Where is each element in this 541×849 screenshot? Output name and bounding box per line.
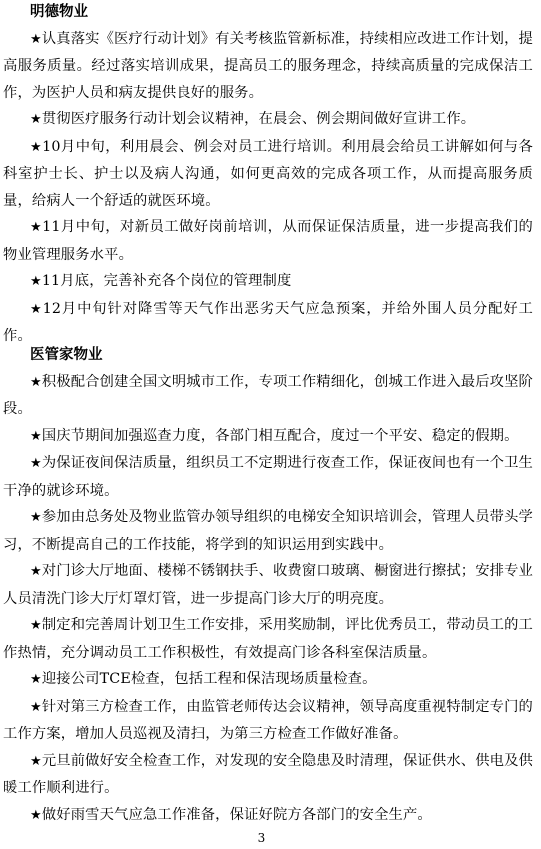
star-bullet-icon: ★ bbox=[30, 302, 43, 317]
list-item: ★11月中旬，对新员工做好岗前培训，从而保证保洁质量，进一步提高我们的物业管理服… bbox=[3, 214, 533, 268]
star-bullet-icon: ★ bbox=[30, 456, 42, 471]
list-item: ★制定和完善周计划卫生工作安排，采用奖励制，评比优秀员工，带动员工的工作热情，充… bbox=[3, 612, 533, 666]
item-text: 国庆节期间加强巡查力度，各部门相互配合，度过一个平安、稳定的假期。 bbox=[42, 428, 519, 444]
list-item: ★元旦前做好安全检查工作，对发现的安全隐患及时清理，保证供水、供电及供暖工作顺利… bbox=[3, 748, 533, 802]
star-bullet-icon: ★ bbox=[30, 429, 42, 444]
list-item: ★积极配合创建全国文明城市工作，专项工作精细化，创城工作进入最后攻坚阶段。 bbox=[3, 369, 533, 423]
section-mingde-property: 明德物业 ★认真落实《医疗行动计划》有关考核监管新标准，持续相应改进工作计划，提… bbox=[3, 0, 533, 350]
list-item: ★为保证夜间保洁质量，组织员工不定期进行夜查工作，保证夜间也有一个卫生干净的就诊… bbox=[3, 450, 533, 504]
list-item: ★10月中旬，利用晨会、例会对员工进行培训。利用晨会给员工讲解如何与各科室护士长… bbox=[3, 134, 533, 215]
star-bullet-icon: ★ bbox=[30, 220, 42, 235]
list-item: ★迎接公司TCE检查，包括工程和保洁现场质量检查。 bbox=[3, 666, 533, 694]
document-page: 明德物业 ★认真落实《医疗行动计划》有关考核监管新标准，持续相应改进工作计划，提… bbox=[0, 0, 541, 849]
star-bullet-icon: ★ bbox=[30, 112, 42, 127]
star-bullet-icon: ★ bbox=[30, 375, 42, 390]
star-bullet-icon: ★ bbox=[30, 754, 42, 769]
item-text: 12月中旬针对降雪等天气作出恶劣天气应急预案，并给外围人员分配好工作。 bbox=[3, 301, 533, 345]
section-title: 明德物业 bbox=[3, 0, 533, 26]
item-text: 为保证夜间保洁质量，组织员工不定期进行夜查工作，保证夜间也有一个卫生干净的就诊环… bbox=[3, 455, 533, 499]
star-bullet-icon: ★ bbox=[30, 32, 42, 47]
star-bullet-icon: ★ bbox=[30, 672, 42, 687]
item-text: 元旦前做好安全检查工作，对发现的安全隐患及时清理，保证供水、供电及供暖工作顺利进… bbox=[3, 753, 533, 797]
item-text: 制定和完善周计划卫生工作安排，采用奖励制，评比优秀员工，带动员工的工作热情，充分… bbox=[3, 617, 533, 661]
item-text: 参加由总务处及物业监管办领导组织的电梯安全知识培训会，管理人员带头学习，不断提高… bbox=[3, 509, 533, 553]
item-text: 做好雨雪天气应急工作准备，保证好院方各部门的安全生产。 bbox=[42, 807, 432, 823]
list-item: ★参加由总务处及物业监管办领导组织的电梯安全知识培训会，管理人员带头学习，不断提… bbox=[3, 504, 533, 558]
section-title: 医管家物业 bbox=[3, 342, 533, 369]
star-bullet-icon: ★ bbox=[30, 618, 42, 633]
item-text: 迎接公司TCE检查，包括工程和保洁现场质量检查。 bbox=[42, 671, 377, 687]
section-yiguanjia-property: 医管家物业 ★积极配合创建全国文明城市工作，专项工作精细化，创城工作进入最后攻坚… bbox=[3, 342, 533, 829]
star-bullet-icon: ★ bbox=[30, 700, 42, 715]
list-item: ★对门诊大厅地面、楼梯不锈钢扶手、收费窗口玻璃、橱窗进行擦拭；安排专业人员清洗门… bbox=[3, 558, 533, 612]
list-item: ★国庆节期间加强巡查力度，各部门相互配合，度过一个平安、稳定的假期。 bbox=[3, 423, 533, 451]
item-text: 10月中旬，利用晨会、例会对员工进行培训。利用晨会给员工讲解如何与各科室护士长、… bbox=[3, 139, 533, 209]
star-bullet-icon: ★ bbox=[30, 564, 42, 579]
item-text: 认真落实《医疗行动计划》有关考核监管新标准，持续相应改进工作计划，提高服务质量。… bbox=[3, 31, 533, 101]
item-text: 积极配合创建全国文明城市工作，专项工作精细化，创城工作进入最后攻坚阶段。 bbox=[3, 374, 533, 418]
star-bullet-icon: ★ bbox=[30, 140, 42, 155]
list-item: ★贯彻医疗服务行动计划会议精神，在晨会、例会期间做好宣讲工作。 bbox=[3, 106, 533, 134]
page-number: 3 bbox=[0, 830, 523, 846]
item-text: 贯彻医疗服务行动计划会议精神，在晨会、例会期间做好宣讲工作。 bbox=[42, 111, 475, 127]
item-text: 针对第三方检查工作，由监管老师传达会议精神，领导高度重视特制定专门的工作方案，增… bbox=[3, 699, 533, 743]
list-item: ★针对第三方检查工作，由监管老师传达会议精神，领导高度重视特制定专门的工作方案，… bbox=[3, 694, 533, 748]
item-text: 11月底，完善补充各个岗位的管理制度 bbox=[42, 273, 292, 289]
item-text: 11月中旬，对新员工做好岗前培训，从而保证保洁质量，进一步提高我们的物业管理服务… bbox=[3, 219, 533, 263]
star-bullet-icon: ★ bbox=[30, 274, 42, 289]
star-bullet-icon: ★ bbox=[30, 808, 42, 823]
list-item: ★做好雨雪天气应急工作准备，保证好院方各部门的安全生产。 bbox=[3, 802, 533, 830]
list-item: ★认真落实《医疗行动计划》有关考核监管新标准，持续相应改进工作计划，提高服务质量… bbox=[3, 26, 533, 107]
item-text: 对门诊大厅地面、楼梯不锈钢扶手、收费窗口玻璃、橱窗进行擦拭；安排专业人员清洗门诊… bbox=[3, 563, 533, 607]
list-item: ★11月底，完善补充各个岗位的管理制度 bbox=[3, 268, 533, 296]
star-bullet-icon: ★ bbox=[30, 510, 42, 525]
